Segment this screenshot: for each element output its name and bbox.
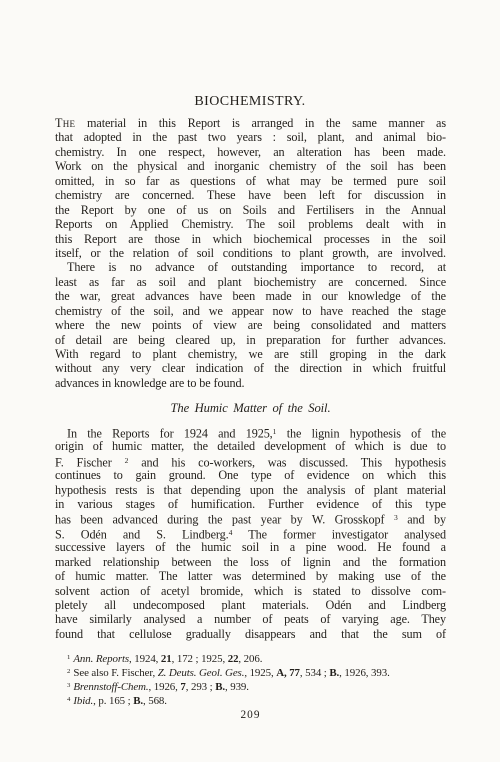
- footnotes: 1Ann. Reports, 1924, 21, 172 ; 1925, 22,…: [55, 652, 446, 708]
- footnote: 4Ibid., p. 165 ; B., 568.: [67, 694, 446, 708]
- bold-text: B.: [215, 681, 225, 693]
- bold-text: 22: [228, 653, 239, 665]
- text-line: have similarly analysed a number of peat…: [55, 612, 446, 626]
- italic-text: Z. Deuts. Geol. Ges.: [158, 667, 245, 679]
- text-line: pletely all undecomposed plant materials…: [55, 598, 446, 612]
- footnote: 2See also F. Fischer, Z. Deuts. Geol. Ge…: [67, 666, 446, 680]
- footnote-marker: 3: [67, 682, 70, 689]
- page-number: 209: [55, 709, 446, 721]
- text-line: solvent action of acetyl bromide, which …: [55, 584, 446, 598]
- text-line: the Report by one of us on Soils and Fer…: [55, 203, 446, 217]
- text-line: There is no advance of outstanding impor…: [55, 260, 446, 274]
- text-line: continues to gain ground. One type of ev…: [55, 468, 446, 482]
- text-line: advances in knowledge are to be found.: [55, 376, 446, 390]
- italic-text: Brennstoff-Chem.: [73, 681, 148, 693]
- document-page: BIOCHEMISTRY. The material in this Repor…: [0, 0, 500, 762]
- body-text: The material in this Report is arranged …: [55, 116, 446, 641]
- text-line: marked relationship between the loss of …: [55, 555, 446, 569]
- text-line: origin of humic matter, the detailed dev…: [55, 439, 446, 453]
- footnote-marker: 1: [67, 654, 70, 661]
- text-line: In the Reports for 1924 and 1925,1 the l…: [55, 425, 446, 439]
- text-line: Work on the physical and inorganic chemi…: [55, 159, 446, 173]
- styled-text: The: [55, 116, 75, 130]
- text-line: least as far as soil and plant biochemis…: [55, 275, 446, 289]
- footnote: 3Brennstoff-Chem., 1926, 7, 293 ; B., 93…: [67, 680, 446, 694]
- italic-text: Ann. Reports: [73, 653, 129, 665]
- bold-text: B.: [133, 695, 143, 707]
- bold-text: 21: [161, 653, 172, 665]
- italic-text: Ibid.: [73, 695, 93, 707]
- text-line: hypothesis rests is that depending upon …: [55, 483, 446, 497]
- text-line: without any very clear indication of the…: [55, 361, 446, 375]
- text-line: this Report are those in which biochemic…: [55, 232, 446, 246]
- text-line: in various stages of humification. Furth…: [55, 497, 446, 511]
- footnote-marker: 4: [229, 528, 233, 537]
- text-line: chemistry are concerned. These have been…: [55, 188, 446, 202]
- text-line: Reports on Applied Chemistry. The soil p…: [55, 217, 446, 231]
- text-line: chemistry. In one respect, however, an a…: [55, 145, 446, 159]
- text-line: that adopted in the past two years : soi…: [55, 130, 446, 144]
- bold-text: B.: [329, 667, 339, 679]
- text-line: itself, or the relation of soil conditio…: [55, 246, 446, 260]
- text-line: omitted, in so far as questions of what …: [55, 174, 446, 188]
- footnote-marker: 3: [394, 513, 398, 522]
- text-line: S. Odén and S. Lindberg.4 The former inv…: [55, 526, 446, 540]
- bold-text: 7: [180, 681, 185, 693]
- text-line: of humic matter. The latter was determin…: [55, 569, 446, 583]
- text-column: The material in this Report is arranged …: [55, 116, 446, 721]
- text-line: of detail are being cleared up, in prepa…: [55, 333, 446, 347]
- text-line: the war, great advances have been made i…: [55, 289, 446, 303]
- text-line: chemistry of the soil, and we appear now…: [55, 304, 446, 318]
- section-heading: The Humic Matter of the Soil.: [55, 401, 446, 415]
- text-line: The material in this Report is arranged …: [55, 116, 446, 130]
- bold-text: A, 77: [276, 667, 300, 679]
- text-line: With regard to plant chemistry, we are s…: [55, 347, 446, 361]
- footnote-marker: 2: [125, 456, 129, 465]
- footnote: 1Ann. Reports, 1924, 21, 172 ; 1925, 22,…: [67, 652, 446, 666]
- text-line: where the new points of view are being c…: [55, 318, 446, 332]
- text-line: successive layers of the humic soil in a…: [55, 540, 446, 554]
- text-line: has been advanced during the past year b…: [55, 511, 446, 525]
- text-line: F. Fischer 2 and his co-workers, was dis…: [55, 454, 446, 468]
- text-line: found that cellulose gradually disappear…: [55, 627, 446, 641]
- footnote-marker: 2: [67, 668, 70, 675]
- footnote-marker: 1: [273, 427, 277, 436]
- page-title: BIOCHEMISTRY.: [0, 95, 500, 109]
- footnote-marker: 4: [67, 696, 70, 703]
